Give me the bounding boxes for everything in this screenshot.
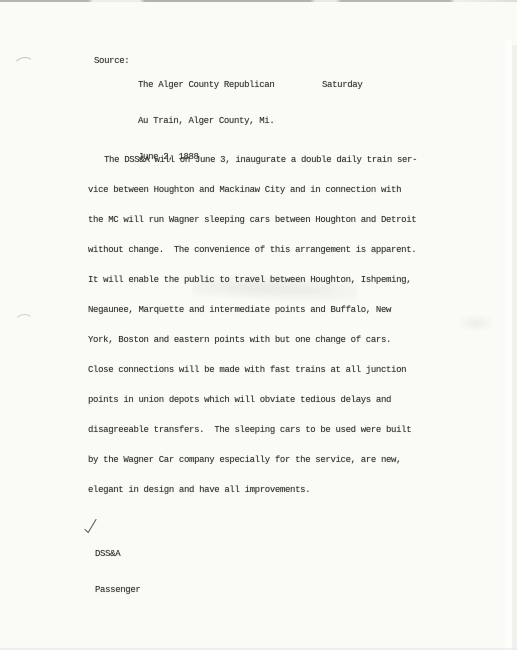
body-line: the MC will run Wagner sleeping cars bet… <box>88 215 417 225</box>
body-line: The DSS&A will on June 3, inaugurate a d… <box>88 155 417 165</box>
body-line: vice between Houghton and Mackinaw City … <box>88 185 417 195</box>
body-line: Close connections will be made with fast… <box>88 365 417 375</box>
subject-tag-railroad: DSS&A <box>95 548 140 560</box>
body-line: elegant in design and have all improveme… <box>88 485 417 495</box>
faint-smudge <box>455 313 497 333</box>
scan-top-edge-artifact <box>0 0 517 2</box>
source-label: Source: <box>94 55 129 67</box>
paper-curl-mark-top <box>13 56 36 77</box>
paper-curl-mark-middle <box>14 313 34 332</box>
subject-tag-category: Passenger <box>95 584 140 596</box>
body-line: York, Boston and eastern points with but… <box>88 335 417 345</box>
scan-right-band-artifact <box>505 40 512 650</box>
body-line: Negaunee, Marquette and intermediate poi… <box>88 305 417 315</box>
subject-tags: DSS&A Passenger <box>95 524 140 620</box>
source-weekday: Saturday <box>322 79 362 91</box>
body-line: points in union depots which will obviat… <box>88 395 417 405</box>
article-body: The DSS&A will on June 3, inaugurate a d… <box>88 135 417 515</box>
body-line: It will enable the public to travel betw… <box>88 275 417 285</box>
source-publication: The Alger County Republican <box>138 79 274 91</box>
source-location: Au Train, Alger County, Mi. <box>138 115 274 127</box>
scanned-document-page: Source: The Alger County Republican Au T… <box>0 0 517 650</box>
scan-right-edge-artifact <box>512 45 517 650</box>
body-line: disagreeable transfers. The sleeping car… <box>88 425 417 435</box>
body-line: by the Wagner Car company especially for… <box>88 455 417 465</box>
body-line: without change. The convenience of this … <box>88 245 417 255</box>
